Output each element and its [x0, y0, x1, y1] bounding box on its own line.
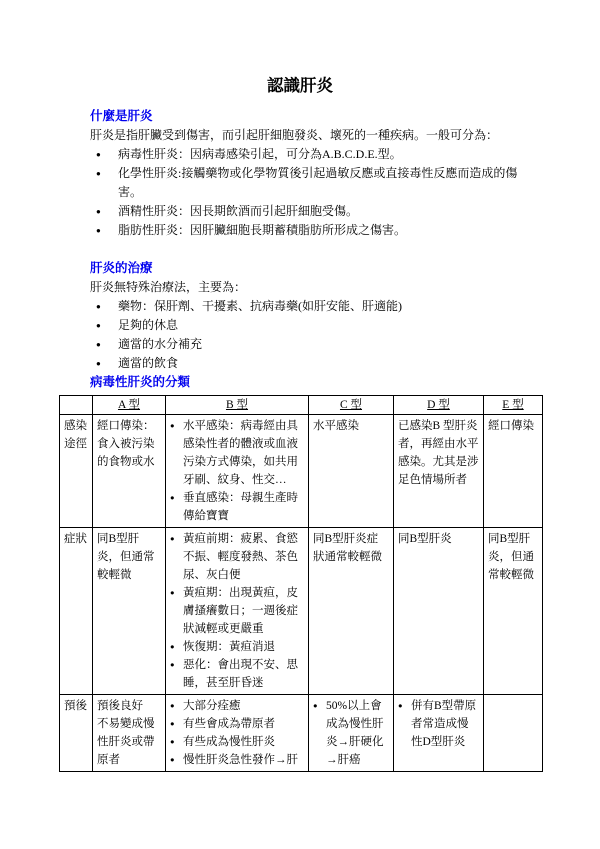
list-item: ● 病毒性肝炎：因病毒感染引起，可分為A.B.C.D.E.型。 — [90, 145, 540, 164]
table-bullet-item: ● 水平感染：病毒經由具感染性者的體液或血液污染方式傳染，如共用牙刷、紋身、性交… — [170, 417, 304, 489]
list-item-text: 足夠的休息 — [118, 318, 178, 332]
table-bullet-text: 惡化：會出現不安、思睡，甚至肝昏迷 — [183, 659, 298, 689]
table-bullet-item: ● 垂直感染：母親生產時傳給寶寶 — [170, 489, 304, 525]
bullet-icon: ● — [96, 297, 101, 316]
table-bullet-item: ● 黃疸期：出現黃疸，皮膚搔癢數日；一週後症狀減輕或更嚴重 — [170, 584, 304, 638]
table-header-row: A 型 B 型 C 型 D 型 E 型 — [60, 396, 543, 415]
section-intro: 肝炎無特殊治療法，主要為： — [90, 278, 540, 297]
column-header-c: C 型 — [309, 396, 394, 415]
list-item: ● 酒精性肝炎：因長期飲酒而引起肝細胞受傷。 — [90, 202, 540, 221]
table-bullet-text: 恢復期：黃疸消退 — [183, 641, 275, 653]
list-item: ● 脂肪性肝炎：因肝臟細胞長期蓄積脂肪所形成之傷害。 — [90, 221, 540, 240]
table-bullet-text: 黃疸期：出現黃疸，皮膚搔癢數日；一週後症狀減輕或更嚴重 — [183, 587, 298, 635]
list-item-text: 適當的水分補充 — [118, 337, 202, 351]
table-bullet-text: 有些成為慢性肝炎 — [183, 736, 275, 748]
list-item-text: 藥物：保肝劑、干擾素、抗病毒藥(如肝安能、肝適能) — [118, 299, 402, 313]
table-cell — [484, 695, 543, 772]
bullet-list: ● 病毒性肝炎：因病毒感染引起，可分為A.B.C.D.E.型。 ● 化學性肝炎:… — [90, 145, 540, 240]
bullet-icon: ● — [96, 164, 101, 183]
table-row-symptoms: 症狀 同B型肝炎，但通常較輕微 ● 黃疸前期：疲累、食慾不振、輕度發熱、茶色尿、… — [60, 528, 543, 695]
list-item-text: 適當的飲食 — [118, 356, 178, 370]
bullet-icon: ● — [170, 733, 175, 751]
page-title: 認識肝炎 — [0, 76, 600, 96]
row-label: 感染途徑 — [60, 415, 93, 528]
row-label: 症狀 — [60, 528, 93, 695]
table-bullet-text: 有些會成為帶原者 — [183, 718, 275, 730]
table-bullet-item: ● 黃疸前期：疲累、食慾不振、輕度發熱、茶色尿、灰白便 — [170, 530, 304, 584]
table-bullet-item: ● 併有B型帶原者常造成慢性D型肝炎 — [398, 697, 479, 751]
bullet-icon: ● — [170, 530, 175, 548]
bullet-icon: ● — [96, 145, 101, 164]
section-what-is-hepatitis: 什麼是肝炎 肝炎是指肝臟受到傷害，而引起肝細胞發炎、壞死的一種疾病。一般可分為：… — [90, 107, 540, 240]
table-bullet-text: 慢性肝炎急性發作→肝 — [183, 754, 298, 766]
bullet-icon: ● — [170, 584, 175, 602]
bullet-list: ● 藥物：保肝劑、干擾素、抗病毒藥(如肝安能、肝適能) ● 足夠的休息 ● 適當… — [90, 297, 540, 373]
hepatitis-types-table: A 型 B 型 C 型 D 型 E 型 感染途徑 經口傳染：食入被污染的食物或水… — [59, 395, 543, 772]
table-row-infection-route: 感染途徑 經口傳染：食入被污染的食物或水 ● 水平感染：病毒經由具感染性者的體液… — [60, 415, 543, 528]
bullet-icon: ● — [170, 417, 175, 435]
table-cell: 同B型肝炎，但通常較輕微 — [93, 528, 166, 695]
column-header-b: B 型 — [166, 396, 309, 415]
table-row-prognosis: 預後 預後良好 不易變成慢性肝炎或帶原者 ● 大部分痊癒 ● 有些會成為帶原者 … — [60, 695, 543, 772]
table-cell: 預後良好 不易變成慢性肝炎或帶原者 — [93, 695, 166, 772]
table-cell: ● 大部分痊癒 ● 有些會成為帶原者 ● 有些成為慢性肝炎 ● 慢性肝炎急性發作… — [166, 695, 309, 772]
bullet-icon: ● — [313, 697, 318, 715]
table-cell: 同B型肝炎，但通常較輕微 — [484, 528, 543, 695]
row-label: 預後 — [60, 695, 93, 772]
table-cell: ● 50%以上會成為慢性肝炎→肝硬化→肝癌 — [309, 695, 394, 772]
table-bullet-item: ● 大部分痊癒 — [170, 697, 304, 715]
list-item-text: 脂肪性肝炎：因肝臟細胞長期蓄積脂肪所形成之傷害。 — [118, 223, 406, 237]
bullet-icon: ● — [170, 715, 175, 733]
table-cell: 已感染B 型肝炎者，再經由水平感染。尤其是涉足色情場所者 — [394, 415, 484, 528]
table-cell: 同B型肝炎 — [394, 528, 484, 695]
section-heading: 肝炎的治療 — [90, 259, 540, 278]
table-bullet-item: ● 有些成為慢性肝炎 — [170, 733, 304, 751]
bullet-icon: ● — [170, 751, 175, 769]
cell-text-line: 不易變成慢性肝炎或帶原者 — [97, 715, 161, 769]
cell-text-line: 預後良好 — [97, 697, 161, 715]
table-bullet-text: 垂直感染：母親生產時傳給寶寶 — [183, 492, 298, 522]
section-intro: 肝炎是指肝臟受到傷害，而引起肝細胞發炎、壞死的一種疾病。一般可分為： — [90, 126, 540, 145]
section-heading: 什麼是肝炎 — [90, 107, 540, 126]
list-item: ● 藥物：保肝劑、干擾素、抗病毒藥(如肝安能、肝適能) — [90, 297, 540, 316]
table-bullet-item: ● 有些會成為帶原者 — [170, 715, 304, 733]
section-treatment: 肝炎的治療 肝炎無特殊治療法，主要為： ● 藥物：保肝劑、干擾素、抗病毒藥(如肝… — [90, 259, 540, 373]
list-item-text: 酒精性肝炎：因長期飲酒而引起肝細胞受傷。 — [118, 204, 358, 218]
table-bullet-item: ● 50%以上會成為慢性肝炎→肝硬化→肝癌 — [313, 697, 389, 769]
table-bullet-text: 大部分痊癒 — [183, 700, 241, 712]
table-cell: ● 併有B型帶原者常造成慢性D型肝炎 — [394, 695, 484, 772]
table-bullet-text: 水平感染：病毒經由具感染性者的體液或血液污染方式傳染，如共用牙刷、紋身、性交… — [183, 420, 298, 486]
list-item: ● 適當的飲食 — [90, 354, 540, 373]
table-section-heading: 病毒性肝炎的分類 — [90, 373, 540, 392]
list-item: ● 適當的水分補充 — [90, 335, 540, 354]
table-cell: 同B型肝炎症狀通常較輕微 — [309, 528, 394, 695]
bullet-icon: ● — [170, 656, 175, 674]
bullet-icon: ● — [96, 316, 101, 335]
table-bullet-text: 黃疸前期：疲累、食慾不振、輕度發熱、茶色尿、灰白便 — [183, 533, 298, 581]
corner-cell — [60, 396, 93, 415]
table-cell: 水平感染 — [309, 415, 394, 528]
list-item: ● 足夠的休息 — [90, 316, 540, 335]
table-bullet-text: 併有B型帶原者常造成慢性D型肝炎 — [411, 700, 476, 748]
column-header-d: D 型 — [394, 396, 484, 415]
table-cell: ● 黃疸前期：疲累、食慾不振、輕度發熱、茶色尿、灰白便 ● 黃疸期：出現黃疸，皮… — [166, 528, 309, 695]
table-bullet-item: ● 慢性肝炎急性發作→肝 — [170, 751, 304, 769]
bullet-icon: ● — [96, 335, 101, 354]
table-bullet-text: 50%以上會成為慢性肝炎→肝硬化→肝癌 — [326, 700, 384, 766]
table-cell: 經口傳染：食入被污染的食物或水 — [93, 415, 166, 528]
column-header-e: E 型 — [484, 396, 543, 415]
bullet-icon: ● — [170, 697, 175, 715]
bullet-icon: ● — [96, 221, 101, 240]
table-bullet-item: ● 惡化：會出現不安、思睡，甚至肝昏迷 — [170, 656, 304, 692]
table-bullet-item: ● 恢復期：黃疸消退 — [170, 638, 304, 656]
list-item-text: 化學性肝炎:接觸藥物或化學物質後引起過敏反應或直接毒性反應而造成的傷害。 — [118, 166, 517, 199]
bullet-icon: ● — [96, 354, 101, 373]
table-cell: 經口傳染 — [484, 415, 543, 528]
bullet-icon: ● — [170, 489, 175, 507]
list-item: ● 化學性肝炎:接觸藥物或化學物質後引起過敏反應或直接毒性反應而造成的傷害。 — [90, 164, 540, 202]
document-body: 什麼是肝炎 肝炎是指肝臟受到傷害，而引起肝細胞發炎、壞死的一種疾病。一般可分為：… — [90, 107, 540, 392]
document-page: 認識肝炎 什麼是肝炎 肝炎是指肝臟受到傷害，而引起肝細胞發炎、壞死的一種疾病。一… — [0, 0, 600, 849]
column-header-a: A 型 — [93, 396, 166, 415]
bullet-icon: ● — [96, 202, 101, 221]
bullet-icon: ● — [170, 638, 175, 656]
cell-text: 預後良好 不易變成慢性肝炎或帶原者 — [97, 697, 161, 769]
bullet-icon: ● — [398, 697, 403, 715]
table-cell: ● 水平感染：病毒經由具感染性者的體液或血液污染方式傳染，如共用牙刷、紋身、性交… — [166, 415, 309, 528]
list-item-text: 病毒性肝炎：因病毒感染引起，可分為A.B.C.D.E.型。 — [118, 147, 402, 161]
